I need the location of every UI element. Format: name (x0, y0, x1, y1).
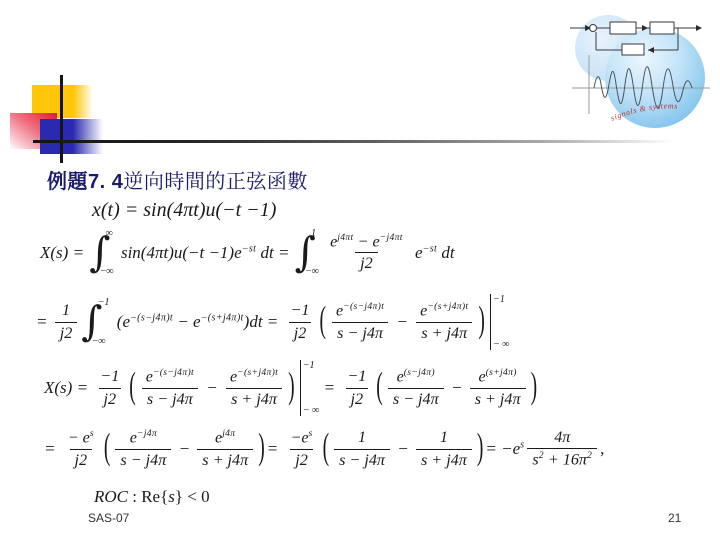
equation-line-1: x(t) = sin(4πt)u(−t −1) (92, 199, 276, 222)
title-text: 逆向時間的正弦函數 (123, 171, 308, 193)
title-example-number: 例題7. 4 (47, 171, 123, 193)
course-code-label: SAS-07 (88, 511, 129, 525)
equation-line-3: = 1j2∫−1−∞ (e−(s−j4π)t − e−(s+j4π)t)dt =… (36, 294, 510, 350)
vertical-rule-decoration (60, 75, 63, 163)
horizontal-rule-decoration (33, 140, 709, 143)
blue-square-decoration (40, 119, 103, 154)
equation-line-6: ROC : Re{s} < 0 (94, 487, 210, 507)
page-number: 21 (668, 511, 681, 525)
equation-line-2: X(s) = ∫∞−∞ sin(4πt)u(−t −1)e−st dt = ∫1… (40, 228, 455, 277)
page-title: 例題7. 4逆向時間的正弦函數 (47, 165, 308, 194)
logo-caption: signals & systems (609, 101, 678, 122)
logo-block-diagram-icon: signals & systems (560, 0, 720, 140)
signals-systems-logo: signals & systems (560, 0, 720, 140)
slide: { "title": { "bold": "例題7. 4", "rest": "… (0, 0, 720, 540)
svg-text:signals & systems: signals & systems (609, 101, 678, 122)
equation-line-5: = − esj2(e−j4πs − j4π − ej4πs + j4π)= −e… (44, 428, 604, 470)
equation-line-4: X(s) = −1j2(e−(s−j4π)ts − j4π − e−(s+j4π… (44, 360, 539, 416)
